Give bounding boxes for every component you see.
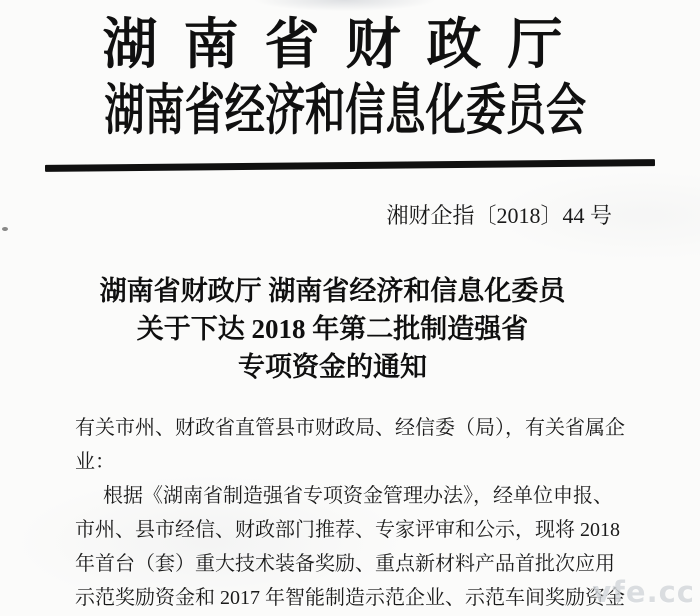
document-title: 湖南省财政厅 湖南省经济和信息化委员 关于下达 2018 年第二批制造强省 专项… <box>20 272 645 386</box>
scanned-document-page: 湖南省财政厅 湖南省经济和信息化委员会 湖南省财政厅 湖南省经济和信息化委员 关… <box>0 0 700 616</box>
document-body: 有关市州、财政省直管县市财政局、经信委（局），有关省属企 业： 根据《湖南省制造… <box>75 413 592 616</box>
body-paragraph-line-2: 市州、县市经信、财政部门推荐、专家评审和公示，现将 2018 <box>75 515 592 549</box>
document-title-line-2: 关于下达 2018 年第二批制造强省 <box>20 310 645 348</box>
body-salutation-line-1: 有关市州、财政省直管县市财政局、经信委（局），有关省属企 <box>75 413 592 447</box>
body-paragraph-line-4: 示范奖励资金和 2017 年智能制造示范企业、示范车间奖励资金 <box>75 583 592 616</box>
body-salutation-line-2: 业： <box>75 447 592 481</box>
agency-header-line-1: 湖南省财政厅 <box>20 12 645 78</box>
watermark: vfe.cc <box>592 575 695 609</box>
document-title-line-3: 专项资金的通知 <box>20 348 645 386</box>
body-paragraph-line-3: 年首台（套）重大技术装备奖励、重点新材料产品首批次应用 <box>75 549 592 583</box>
document-reference-number: 湘财企指〔2018〕44 号 <box>386 202 612 230</box>
body-paragraph-line-1: 根据《湖南省制造强省专项资金管理办法》，经单位申报、 <box>75 481 592 515</box>
scan-speck-artifact <box>2 227 8 231</box>
agency-header-line-2: 湖南省经济和信息化委员会 <box>104 78 560 144</box>
document-title-line-1: 湖南省财政厅 湖南省经济和信息化委员 <box>20 272 645 310</box>
